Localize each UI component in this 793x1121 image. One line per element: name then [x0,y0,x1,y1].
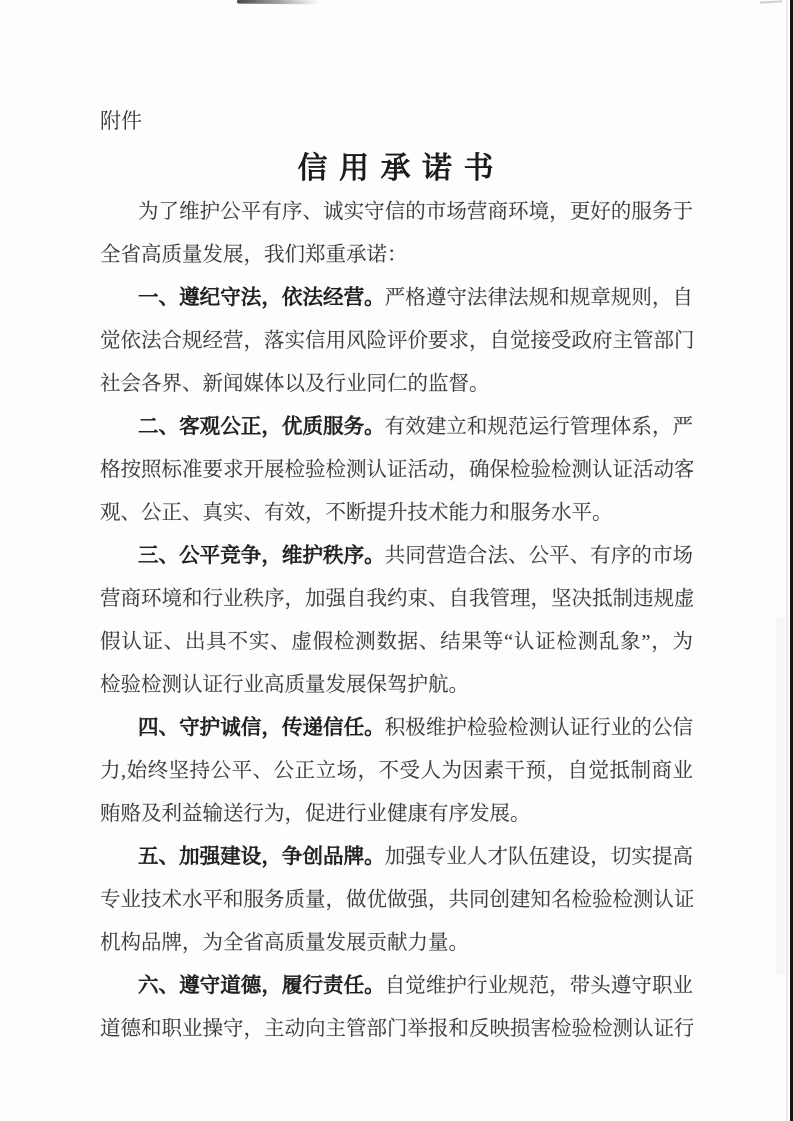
scan-artifact-right-gray-line [786,0,788,1121]
item-1-line-1: 一、遵纪守法，依法经营。严格遵守法律法规和规章规则，自 [100,277,693,320]
item-4-line-2: 力,始终坚持公平、公正立场，不受人为因素干预，自觉抵制商业 [100,750,693,793]
item-2-line-1: 二、客观公正，优质服务。有效建立和规范运行管理体系，严 [100,406,693,449]
document-body: 为了维护公平有序、诚实守信的市场营商环境，更好的服务于 全省高质量发展，我们郑重… [100,191,693,1051]
item-4-lead: 四、守护诚信，传递信任。 [138,717,385,739]
item-1-lead: 一、遵纪守法，依法经营。 [138,287,385,309]
item-4-line-3: 贿赂及利益输送行为，促进行业健康有序发展。 [100,793,693,836]
commitment-item-6: 六、遵守道德，履行责任。自觉维护行业规范，带头遵守职业 道德和职业操守，主动向主… [100,965,693,1051]
item-6-line-2: 道德和职业操守，主动向主管部门举报和反映损害检验检测认证行 [100,1008,693,1051]
item-5-line-3: 机构品牌，为全省高质量发展贡献力量。 [100,922,693,965]
intro-paragraph: 为了维护公平有序、诚实守信的市场营商环境，更好的服务于 全省高质量发展，我们郑重… [100,191,693,277]
intro-line-1: 为了维护公平有序、诚实守信的市场营商环境，更好的服务于 [100,191,693,234]
item-6-line-1: 六、遵守道德，履行责任。自觉维护行业规范，带头遵守职业 [100,965,693,1008]
item-2-line-2: 格按照标准要求开展检验检测认证活动，确保检验检测认证活动客 [100,449,693,492]
item-3-lead: 三、公平竞争，维护秩序。 [138,545,385,567]
item-2-lead: 二、客观公正，优质服务。 [138,416,385,438]
item-2-line-3: 观、公正、真实、有效，不断提升技术能力和服务水平。 [100,492,693,535]
commitment-item-4: 四、守护诚信，传递信任。积极维护检验检测认证行业的公信 力,始终坚持公平、公正立… [100,707,693,836]
item-3-line-4: 检验检测认证行业高质量发展保驾护航。 [100,664,693,707]
item-5-line-2: 专业技术水平和服务质量，做优做强，共同创建知名检验检测认证 [100,879,693,922]
item-5-line-1: 五、加强建设，争创品牌。加强专业人才队伍建设，切实提高 [100,836,693,879]
item-2-line-1-text: 有效建立和规范运行管理体系，严 [385,416,693,438]
item-3-line-1: 三、公平竞争，维护秩序。共同营造合法、公平、有序的市场 [100,535,693,578]
item-1-line-1-text: 严格遵守法律法规和规章规则，自 [385,287,693,309]
item-1-line-2: 觉依法合规经营，落实信用风险评价要求，自觉接受政府主管部门、 [100,320,693,363]
scan-artifact-topright-line [760,0,782,3]
item-4-line-1: 四、守护诚信，传递信任。积极维护检验检测认证行业的公信 [100,707,693,750]
commitment-item-5: 五、加强建设，争创品牌。加强专业人才队伍建设，切实提高 专业技术水平和服务质量，… [100,836,693,965]
scanned-document-page: 附件 信 用 承 诺 书 为了维护公平有序、诚实守信的市场营商环境，更好的服务于… [0,0,793,1121]
document-title: 信 用 承 诺 书 [100,143,693,187]
item-4-line-1-text: 积极维护检验检测认证行业的公信 [385,717,693,739]
commitment-item-1: 一、遵纪守法，依法经营。严格遵守法律法规和规章规则，自 觉依法合规经营，落实信用… [100,277,693,406]
item-1-line-3: 社会各界、新闻媒体以及行业同仁的监督。 [100,363,693,406]
item-6-lead: 六、遵守道德，履行责任。 [138,975,385,997]
scan-artifact-top-smudge [237,0,319,4]
intro-line-2: 全省高质量发展，我们郑重承诺： [100,234,693,277]
commitment-item-2: 二、客观公正，优质服务。有效建立和规范运行管理体系，严 格按照标准要求开展检验检… [100,406,693,535]
attachment-label: 附件 [100,105,142,135]
item-5-line-1-text: 加强专业人才队伍建设，切实提高 [385,846,693,868]
item-6-line-1-text: 自觉维护行业规范，带头遵守职业 [385,975,693,997]
commitment-item-3: 三、公平竞争，维护秩序。共同营造合法、公平、有序的市场 营商环境和行业秩序，加强… [100,535,693,707]
item-5-lead: 五、加强建设，争创品牌。 [138,846,385,868]
scan-artifact-right-band [776,617,785,976]
item-3-line-3: 假认证、出具不实、虚假检测数据、结果等“认证检测乱象”，为 [100,621,693,664]
item-3-line-1-text: 共同营造合法、公平、有序的市场 [385,545,693,567]
item-3-line-2: 营商环境和行业秩序，加强自我约束、自我管理，坚决抵制违规虚 [100,578,693,621]
